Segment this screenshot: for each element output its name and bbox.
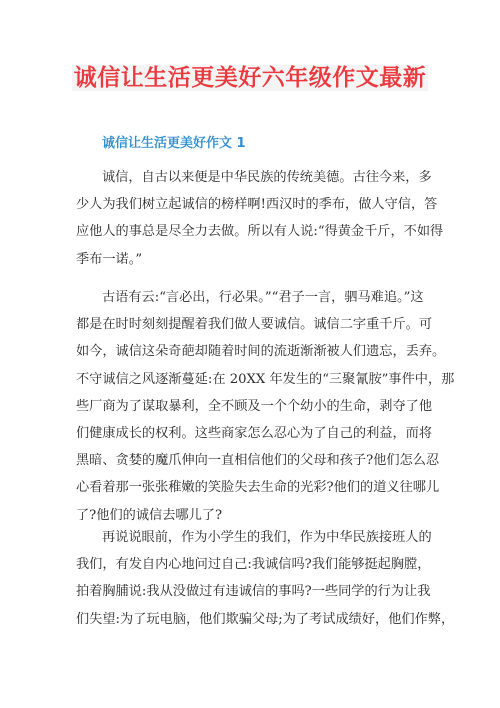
document-page: 诚信让生活更美好六年级作文最新 诚信让生活更美好作文 1 诚信，自古以来便是中华…: [0, 0, 500, 708]
paragraph-line: 们失望:为了玩电脑，他们欺骗父母;为了考试成绩好，他们作弊，: [76, 606, 428, 633]
paragraph-line: 些厂商为了谋取暴利，全不顾及一个个幼小的生命，剥夺了他: [76, 393, 428, 420]
paragraph-line: 古语有云:“言必出，行必果。”“君子一言，驷马难追。”这: [76, 284, 428, 311]
section-heading: 诚信让生活更美好作文 1: [102, 135, 246, 153]
paragraph-line: 再说说眼前，作为小学生的我们，作为中华民族接班人的: [76, 524, 428, 551]
document-title: 诚信让生活更美好六年级作文最新: [0, 62, 500, 94]
paragraph-line: 应他人的事总是尽全力去做。所以有人说:“得黄金千斤，不如得: [76, 218, 428, 245]
paragraph-line: 心看着那一张张稚嫩的笑脸失去生命的光彩?他们的道义往哪儿: [76, 474, 428, 501]
paragraph-line: 季布一诺。”: [76, 246, 428, 273]
paragraph-line: 不守诚信之风逐渐蔓延:在 20XX 年发生的“三聚氰胺”事件中，那: [76, 366, 428, 393]
paragraph-line: 们健康成长的权利。这些商家怎么忍心为了自己的利益，而将: [76, 420, 428, 447]
paragraph-line: 我们，有发自内心地问过自己:我诚信吗?我们能够挺起胸膛，: [76, 551, 428, 578]
paragraph-line: 拍着胸脯说:我从没做过有违诚信的事吗?一些同学的行为让我: [76, 578, 428, 605]
paragraph-line: 如今，诚信这朵奇葩却随着时间的流逝渐渐被人们遗忘，丢弃。: [76, 338, 428, 365]
paragraph-line: 黑暗、贪婪的魔爪伸向一直相信他们的父母和孩子?他们怎么忍: [76, 447, 428, 474]
paragraph-line: 诚信，自古以来便是中华民族的传统美德。古往今来，多: [76, 164, 428, 191]
paragraph-line: 都是在时时刻刻提醒着我们做人要诚信。诚信二字重千斤。可: [76, 311, 428, 338]
paragraph-1: 诚信，自古以来便是中华民族的传统美德。古往今来，多 少人为我们树立起诚信的榜样啊…: [76, 164, 428, 273]
paragraph-3: 再说说眼前，作为小学生的我们，作为中华民族接班人的 我们，有发自内心地问过自己:…: [76, 524, 428, 633]
paragraph-2: 古语有云:“言必出，行必果。”“君子一言，驷马难追。”这 都是在时时刻刻提醒着我…: [76, 284, 428, 529]
document-title-text: 诚信让生活更美好六年级作文最新: [72, 65, 429, 91]
paragraph-line: 少人为我们树立起诚信的榜样啊!西汉时的季布，做人守信，答: [76, 191, 428, 218]
